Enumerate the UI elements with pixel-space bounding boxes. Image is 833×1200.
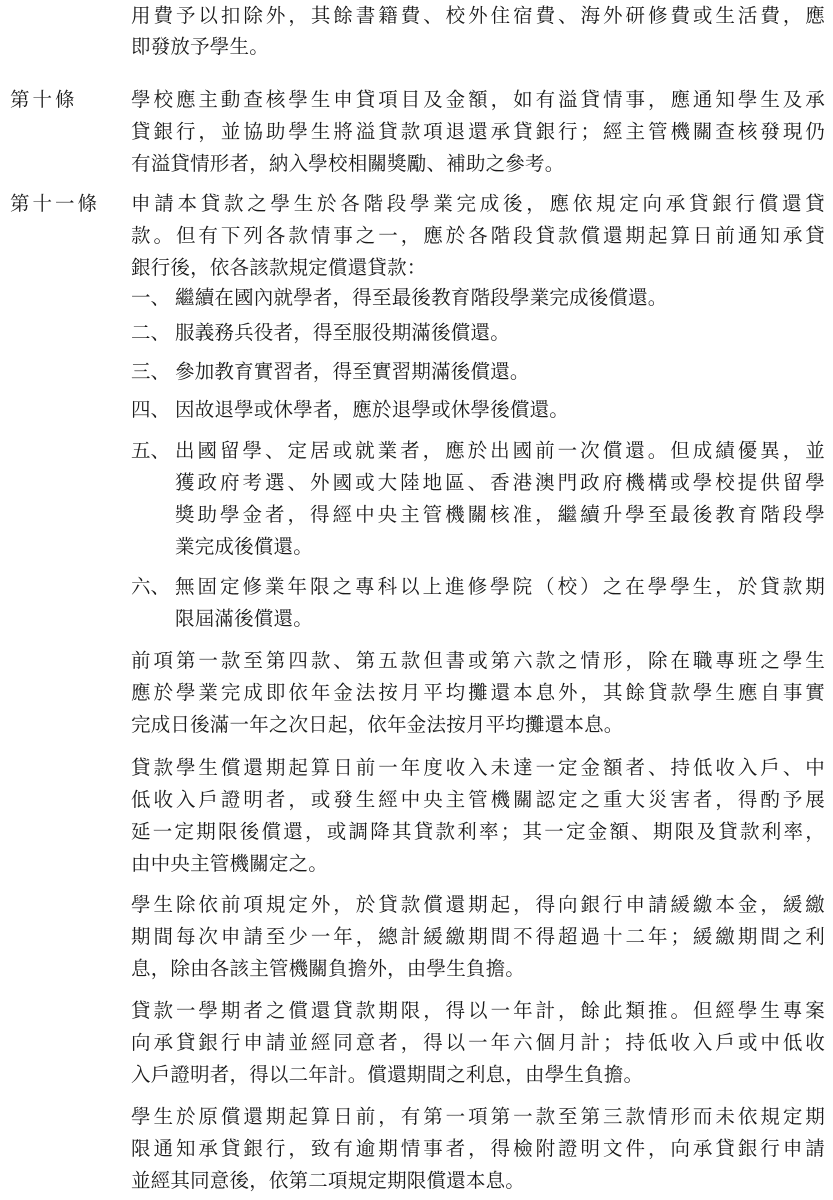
- text-line: 即發放予學生。: [131, 31, 825, 63]
- text-line: 學校應主動查核學生申貸項目及金額，如有溢貸情事，應通知學生及承: [131, 84, 825, 116]
- text-line: 向承貸銀行申請並經同意者，得以一年六個月計；持低收入戶或中低收: [131, 1027, 825, 1059]
- list-item: 出國留學、定居或就業者，應於出國前一次償還。但成績優異，並: [175, 435, 825, 467]
- list-item: 因故退學或休學者，應於退學或休學後償還。: [175, 394, 825, 426]
- item-number: 二、: [131, 317, 170, 349]
- text-line: 並經其同意後，依第二項規定期限償還本息。: [131, 1165, 825, 1197]
- text-line: 貸款一學期者之償還貸款期限，得以一年計，餘此類推。但經學生專案: [131, 995, 825, 1027]
- text-line: 入戶證明者，得以二年計。償還期間之利息，由學生負擔。: [131, 1059, 825, 1091]
- list-item: 繼續在國內就學者，得至最後教育階段學業完成後償還。: [175, 282, 825, 314]
- item-number: 五、: [131, 435, 170, 467]
- text-line: 應於學業完成即依年金法按月平均攤還本息外，其餘貸款學生應自事實: [131, 677, 825, 709]
- text-line: 延一定期限後償還，或調降其貸款利率；其一定金額、期限及貸款利率，: [131, 816, 825, 848]
- text-line: 完成日後滿一年之次日起，依年金法按月平均攤還本息。: [131, 709, 825, 741]
- item-number: 六、: [131, 571, 170, 603]
- article-label: 第十一條: [10, 188, 100, 220]
- list-item: 限屆滿後償還。: [175, 603, 825, 635]
- item-number: 一、: [131, 282, 170, 314]
- list-item: 服義務兵役者，得至服役期滿後償還。: [175, 317, 825, 349]
- list-item: 無固定修業年限之專科以上進修學院（校）之在學學生，於貸款期: [175, 571, 825, 603]
- item-number: 三、: [131, 356, 170, 388]
- list-item: 獲政府考選、外國或大陸地區、香港澳門政府機構或學校提供留學: [175, 467, 825, 499]
- text-line: 息，除由各該主管機關負擔外，由學生負擔。: [131, 953, 825, 985]
- text-line: 學生除依前項規定外，於貸款償還期起，得向銀行申請緩繳本金，緩繳: [131, 889, 825, 921]
- text-line: 貸銀行，並協助學生將溢貸款項退還承貸銀行；經主管機關查核發現仍: [131, 116, 825, 148]
- text-line: 期間每次申請至少一年，總計緩繳期間不得超過十二年；緩繳期間之利: [131, 921, 825, 953]
- list-item: 獎助學金者，得經中央主管機關核准，繼續升學至最後教育階段學: [175, 499, 825, 531]
- text-line: 申請本貸款之學生於各階段學業完成後，應依規定向承貸銀行償還貸: [131, 188, 825, 220]
- text-line: 低收入戶證明者，或發生經中央主管機關認定之重大災害者，得酌予展: [131, 784, 825, 816]
- list-item: 業完成後償還。: [175, 531, 825, 563]
- text-line: 銀行後，依各該款規定償還貸款：: [131, 252, 825, 284]
- article-label: 第十條: [10, 84, 78, 116]
- text-line: 貸款學生償還期起算日前一年度收入未達一定金額者、持低收入戶、中: [131, 752, 825, 784]
- text-line: 由中央主管機關定之。: [131, 848, 825, 880]
- item-number: 四、: [131, 394, 170, 426]
- text-line: 用費予以扣除外，其餘書籍費、校外住宿費、海外研修費或生活費，應: [131, 0, 825, 32]
- text-line: 款。但有下列各款情事之一，應於各階段貸款償還期起算日前通知承貸: [131, 220, 825, 252]
- text-line: 學生於原償還期起算日前，有第一項第一款至第三款情形而未依規定期: [131, 1101, 825, 1133]
- text-line: 有溢貸情形者，納入學校相關獎勵、補助之參考。: [131, 148, 825, 180]
- text-line: 限通知承貸銀行，致有逾期情事者，得檢附證明文件，向承貸銀行申請: [131, 1133, 825, 1165]
- text-line: 前項第一款至第四款、第五款但書或第六款之情形，除在職專班之學生: [131, 645, 825, 677]
- list-item: 參加教育實習者，得至實習期滿後償還。: [175, 356, 825, 388]
